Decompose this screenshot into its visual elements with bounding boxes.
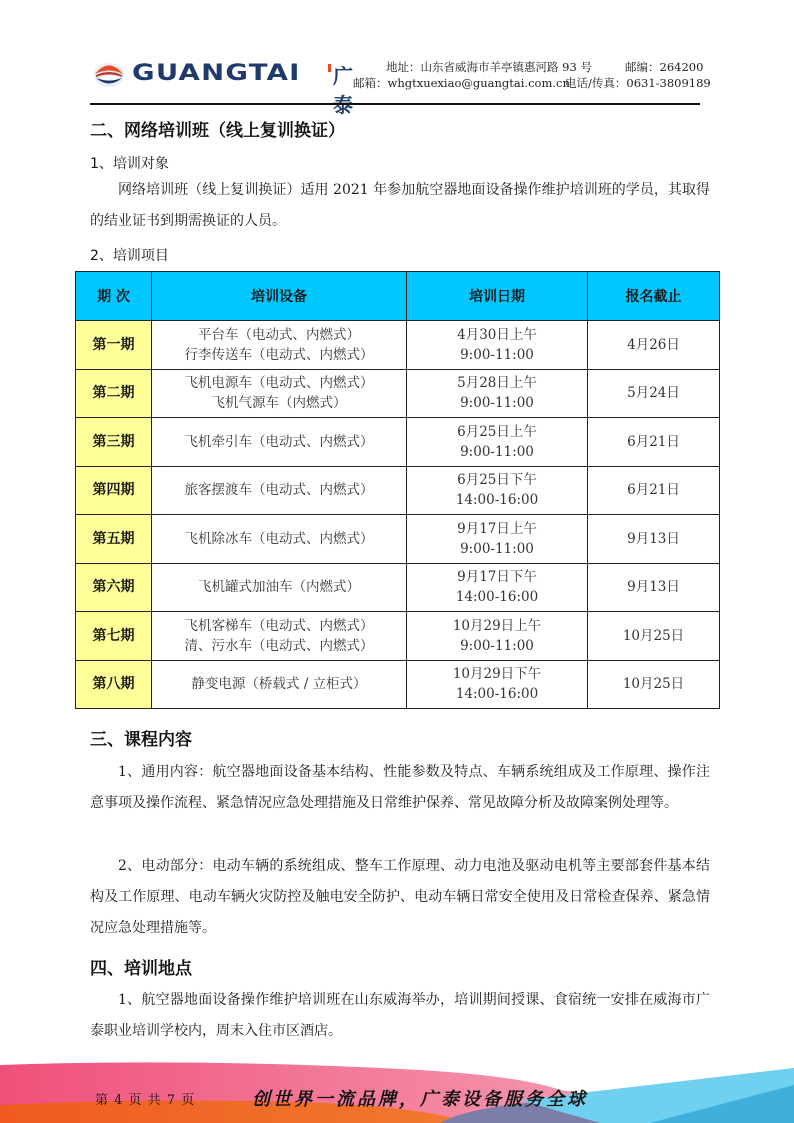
table-row: 第八期 静变电源（桥载式 / 立柜式） 10月29日下午14:00-16:00 … (76, 660, 720, 709)
company-phone: 电话/传真：0631-3809189 (565, 75, 711, 91)
date-line: 6月25日上午 (407, 422, 587, 442)
training-target-text: 网络培训班（线上复训换证）适用 2021 年参加航空器地面设备操作维护培训班的学… (90, 175, 710, 237)
equipment-line: 行李传送车（电动式、内燃式） (152, 345, 406, 365)
period-cell: 第二期 (76, 369, 152, 418)
equipment-cell: 飞机客梯车（电动式、内燃式）清、污水车（电动式、内燃式） (152, 612, 407, 661)
deadline-cell: 9月13日 (588, 563, 720, 612)
training-schedule-table: 期 次 培训设备 培训日期 报名截止 第一期 平台车（电动式、内燃式）行李传送车… (75, 271, 720, 709)
col-header-date: 培训日期 (407, 272, 588, 321)
period-cell: 第五期 (76, 515, 152, 564)
equipment-cell: 平台车（电动式、内燃式）行李传送车（电动式、内燃式） (152, 321, 407, 370)
table-row: 第五期 飞机除冰车（电动式、内燃式） 9月17日上午9:00-11:00 9月1… (76, 515, 720, 564)
equipment-cell: 飞机电源车（电动式、内燃式）飞机气源车（内燃式） (152, 369, 407, 418)
section-3-title: 三、课程内容 (90, 725, 192, 750)
training-target-heading: 1、培训对象 (90, 153, 169, 173)
training-items-heading: 2、培训项目 (90, 245, 169, 265)
training-location-text: 1、航空器地面设备操作维护培训班在山东威海举办，培训期间授课、食宿统一安排在威海… (90, 985, 710, 1047)
table-row: 第二期 飞机电源车（电动式、内燃式）飞机气源车（内燃式） 5月28日上午9:00… (76, 369, 720, 418)
section-2-title: 二、网络培训班（线上复训换证） (90, 116, 345, 141)
period-cell: 第六期 (76, 563, 152, 612)
time-line: 14:00-16:00 (407, 587, 587, 607)
header-divider (90, 103, 700, 105)
company-zipcode: 邮编：264200 (625, 59, 703, 75)
equipment-line: 飞机电源车（电动式、内燃式） (152, 373, 406, 393)
date-cell: 5月28日上午9:00-11:00 (407, 369, 588, 418)
date-line: 10月29日上午 (407, 616, 587, 636)
col-header-period: 期 次 (76, 272, 152, 321)
date-cell: 10月29日上午9:00-11:00 (407, 612, 588, 661)
logo-accent-mark (328, 64, 331, 72)
time-line: 9:00-11:00 (407, 539, 587, 559)
company-slogan: 创世界一流品牌，广泰设备服务全球 (252, 1085, 588, 1111)
date-cell: 9月17日上午9:00-11:00 (407, 515, 588, 564)
period-cell: 第一期 (76, 321, 152, 370)
period-cell: 第四期 (76, 466, 152, 515)
equipment-cell: 飞机除冰车（电动式、内燃式） (152, 515, 407, 564)
deadline-cell: 9月13日 (588, 515, 720, 564)
date-line: 10月29日下午 (407, 664, 587, 684)
table-row: 第六期 飞机罐式加油车（内燃式） 9月17日下午14:00-16:00 9月13… (76, 563, 720, 612)
time-line: 9:00-11:00 (407, 442, 587, 462)
col-header-deadline: 报名截止 (588, 272, 720, 321)
time-line: 9:00-11:00 (407, 393, 587, 413)
page-number: 第 4 页 共 7 页 (95, 1089, 194, 1108)
table-header-row: 期 次 培训设备 培训日期 报名截止 (76, 272, 720, 321)
company-email: 邮箱：whgtxuexiao@guangtai.com.cn (353, 75, 570, 91)
course-electric-text: 2、电动部分：电动车辆的系统组成、整车工作原理、动力电池及驱动电机等主要部套件基… (90, 851, 710, 944)
date-line: 9月17日上午 (407, 519, 587, 539)
section-4-title: 四、培训地点 (90, 954, 192, 979)
equipment-line: 飞机客梯车（电动式、内燃式） (152, 616, 406, 636)
date-line: 4月30日上午 (407, 325, 587, 345)
equipment-cell: 旅客摆渡车（电动式、内燃式） (152, 466, 407, 515)
equipment-cell: 静变电源（桥载式 / 立柜式） (152, 660, 407, 709)
col-header-equipment: 培训设备 (152, 272, 407, 321)
table-row: 第七期 飞机客梯车（电动式、内燃式）清、污水车（电动式、内燃式） 10月29日上… (76, 612, 720, 661)
deadline-cell: 4月26日 (588, 321, 720, 370)
course-general-text: 1、通用内容：航空器地面设备基本结构、性能参数及特点、车辆系统组成及工作原理、操… (90, 757, 710, 819)
date-cell: 4月30日上午9:00-11:00 (407, 321, 588, 370)
equipment-cell: 飞机罐式加油车（内燃式） (152, 563, 407, 612)
time-line: 14:00-16:00 (407, 684, 587, 704)
date-line: 9月17日下午 (407, 567, 587, 587)
deadline-cell: 10月25日 (588, 612, 720, 661)
time-line: 14:00-16:00 (407, 490, 587, 510)
equipment-cell: 飞机牵引车（电动式、内燃式） (152, 418, 407, 467)
date-cell: 9月17日下午14:00-16:00 (407, 563, 588, 612)
logo-wordmark: GUANGTAI (132, 61, 301, 86)
date-cell: 6月25日下午14:00-16:00 (407, 466, 588, 515)
period-cell: 第八期 (76, 660, 152, 709)
deadline-cell: 6月21日 (588, 418, 720, 467)
deadline-cell: 6月21日 (588, 466, 720, 515)
table-row: 第四期 旅客摆渡车（电动式、内燃式） 6月25日下午14:00-16:00 6月… (76, 466, 720, 515)
date-line: 5月28日上午 (407, 373, 587, 393)
table-row: 第三期 飞机牵引车（电动式、内燃式） 6月25日上午9:00-11:00 6月2… (76, 418, 720, 467)
table-row: 第一期 平台车（电动式、内燃式）行李传送车（电动式、内燃式） 4月30日上午9:… (76, 321, 720, 370)
period-cell: 第三期 (76, 418, 152, 467)
deadline-cell: 5月24日 (588, 369, 720, 418)
deadline-cell: 10月25日 (588, 660, 720, 709)
date-cell: 10月29日下午14:00-16:00 (407, 660, 588, 709)
date-line: 6月25日下午 (407, 470, 587, 490)
equipment-line: 飞机气源车（内燃式） (152, 393, 406, 413)
time-line: 9:00-11:00 (407, 345, 587, 365)
period-cell: 第七期 (76, 612, 152, 661)
equipment-line: 平台车（电动式、内燃式） (152, 325, 406, 345)
company-address: 地址：山东省威海市羊亭镇惠河路 93 号 (386, 59, 592, 75)
page-header: GUANGTAI 广泰 地址：山东省威海市羊亭镇惠河路 93 号 邮编：2642… (0, 0, 794, 110)
time-line: 9:00-11:00 (407, 636, 587, 656)
company-logo: GUANGTAI 广泰 (92, 58, 372, 90)
equipment-line: 清、污水车（电动式、内燃式） (152, 636, 406, 656)
guangtai-logo-icon (92, 59, 126, 89)
date-cell: 6月25日上午9:00-11:00 (407, 418, 588, 467)
